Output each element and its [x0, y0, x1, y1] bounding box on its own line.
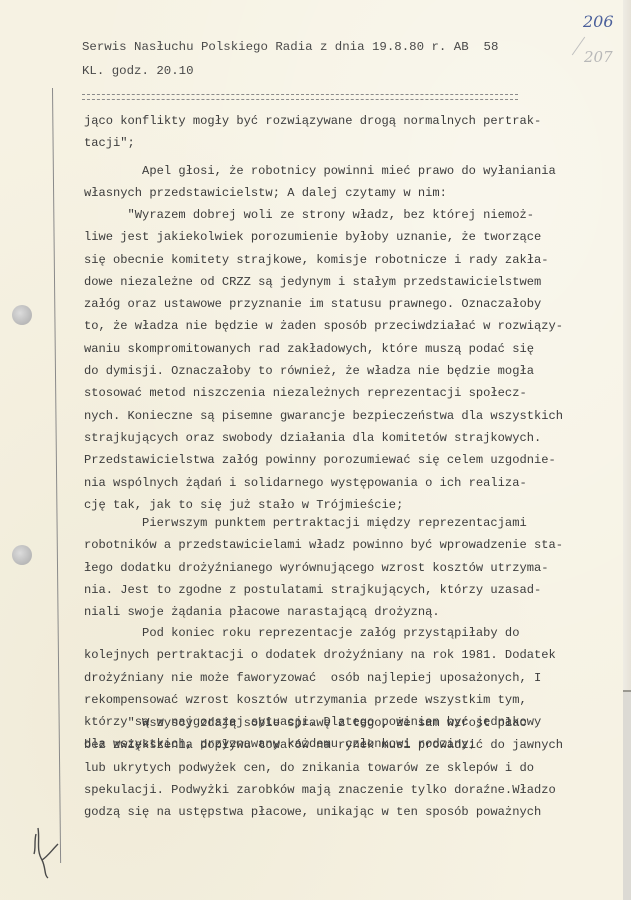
paragraph: Apel głosi, że robotnicy powinni mieć pr…	[84, 160, 556, 205]
text-line: Pod koniec roku reprezentacje załóg przy…	[84, 622, 556, 644]
next-page-edge	[623, 690, 631, 900]
handwritten-page-number: 206	[583, 12, 614, 31]
text-line: robotników a przedstawicielami władz pow…	[84, 534, 563, 556]
text-line: rekompensować wzrost kosztów utrzymania …	[84, 689, 556, 711]
text-line: niali swoje żądania płacowe narastającą …	[84, 601, 563, 623]
text-line: waniu skompromitowanych rad zakładowych,…	[84, 338, 563, 360]
paragraph: jąco konflikty mogły być rozwiązywane dr…	[84, 110, 541, 155]
text-line: godzą się na ustępstwa płacowe, unikając…	[84, 801, 563, 823]
text-line: to, że władza nie będzie w żaden sposób …	[84, 315, 563, 337]
margin-line	[52, 88, 61, 863]
document-header-time: KL. godz. 20.10	[82, 64, 194, 78]
text-line: łego dodatku drożyźnianego wyrównującego…	[84, 557, 563, 579]
text-line: dowe niezależne od CRZZ są jedynym i sta…	[84, 271, 563, 293]
text-line: liwe jest jakiekolwiek porozumienie było…	[84, 226, 563, 248]
text-line: nych. Konieczne są pisemne gwarancje bez…	[84, 405, 563, 427]
text-line: Pierwszym punktem pertraktacji między re…	[84, 512, 563, 534]
text-line: strajkujących oraz swobody działania dla…	[84, 427, 563, 449]
handwritten-page-number-faded: 207	[584, 48, 613, 66]
text-line: kolejnych pertraktacji o dodatek drożyźn…	[84, 644, 556, 666]
text-line: stosować metod niszczenia niezależnych r…	[84, 382, 563, 404]
document-header-title: Serwis Nasłuchu Polskiego Radia z dnia 1…	[82, 40, 498, 54]
document-page: 206 207 Serwis Nasłuchu Polskiego Radia …	[0, 0, 631, 900]
handwritten-mark	[30, 820, 70, 880]
text-line: własnych przedstawicielstw; A dalej czyt…	[84, 182, 556, 204]
punch-hole	[12, 305, 32, 325]
text-line: Przedstawicielstwa załóg powinny porozum…	[84, 449, 563, 471]
text-line: "Wyrazem dobrej woli ze strony władz, be…	[84, 204, 563, 226]
punch-hole	[12, 545, 32, 565]
header-separator	[82, 94, 518, 100]
text-line: tacji";	[84, 132, 541, 154]
paragraph-quote: "Wyrazem dobrej woli ze strony władz, be…	[84, 204, 563, 516]
text-line: lub ukrytych podwyżek cen, do znikania t…	[84, 757, 563, 779]
text-line: się obecnie komitety strajkowe, komisje …	[84, 249, 563, 271]
text-line: do dymisji. Oznaczałoby to również, że w…	[84, 360, 563, 382]
text-line: spekulacji. Podwyżki zarobków mają znacz…	[84, 779, 563, 801]
paragraph: Pierwszym punktem pertraktacji między re…	[84, 512, 563, 623]
text-line: " Wszyscy zdają sobie sprawę z tego, że …	[84, 712, 563, 734]
text-line: nia. Jest to zgodne z postulatami strajk…	[84, 579, 563, 601]
paragraph-quote: " Wszyscy zdają sobie sprawę z tego, że …	[84, 712, 563, 823]
text-line: Apel głosi, że robotnicy powinni mieć pr…	[84, 160, 556, 182]
text-line: nia wspólnych żądań i solidarnego występ…	[84, 472, 563, 494]
text-line: drożyźniany nie może faworyzować osób na…	[84, 667, 556, 689]
text-line: załóg oraz ustawowe przyznanie im status…	[84, 293, 563, 315]
text-line: bez zwiększenia dopływu towarów na rynek…	[84, 734, 563, 756]
text-line: jąco konflikty mogły być rozwiązywane dr…	[84, 110, 541, 132]
